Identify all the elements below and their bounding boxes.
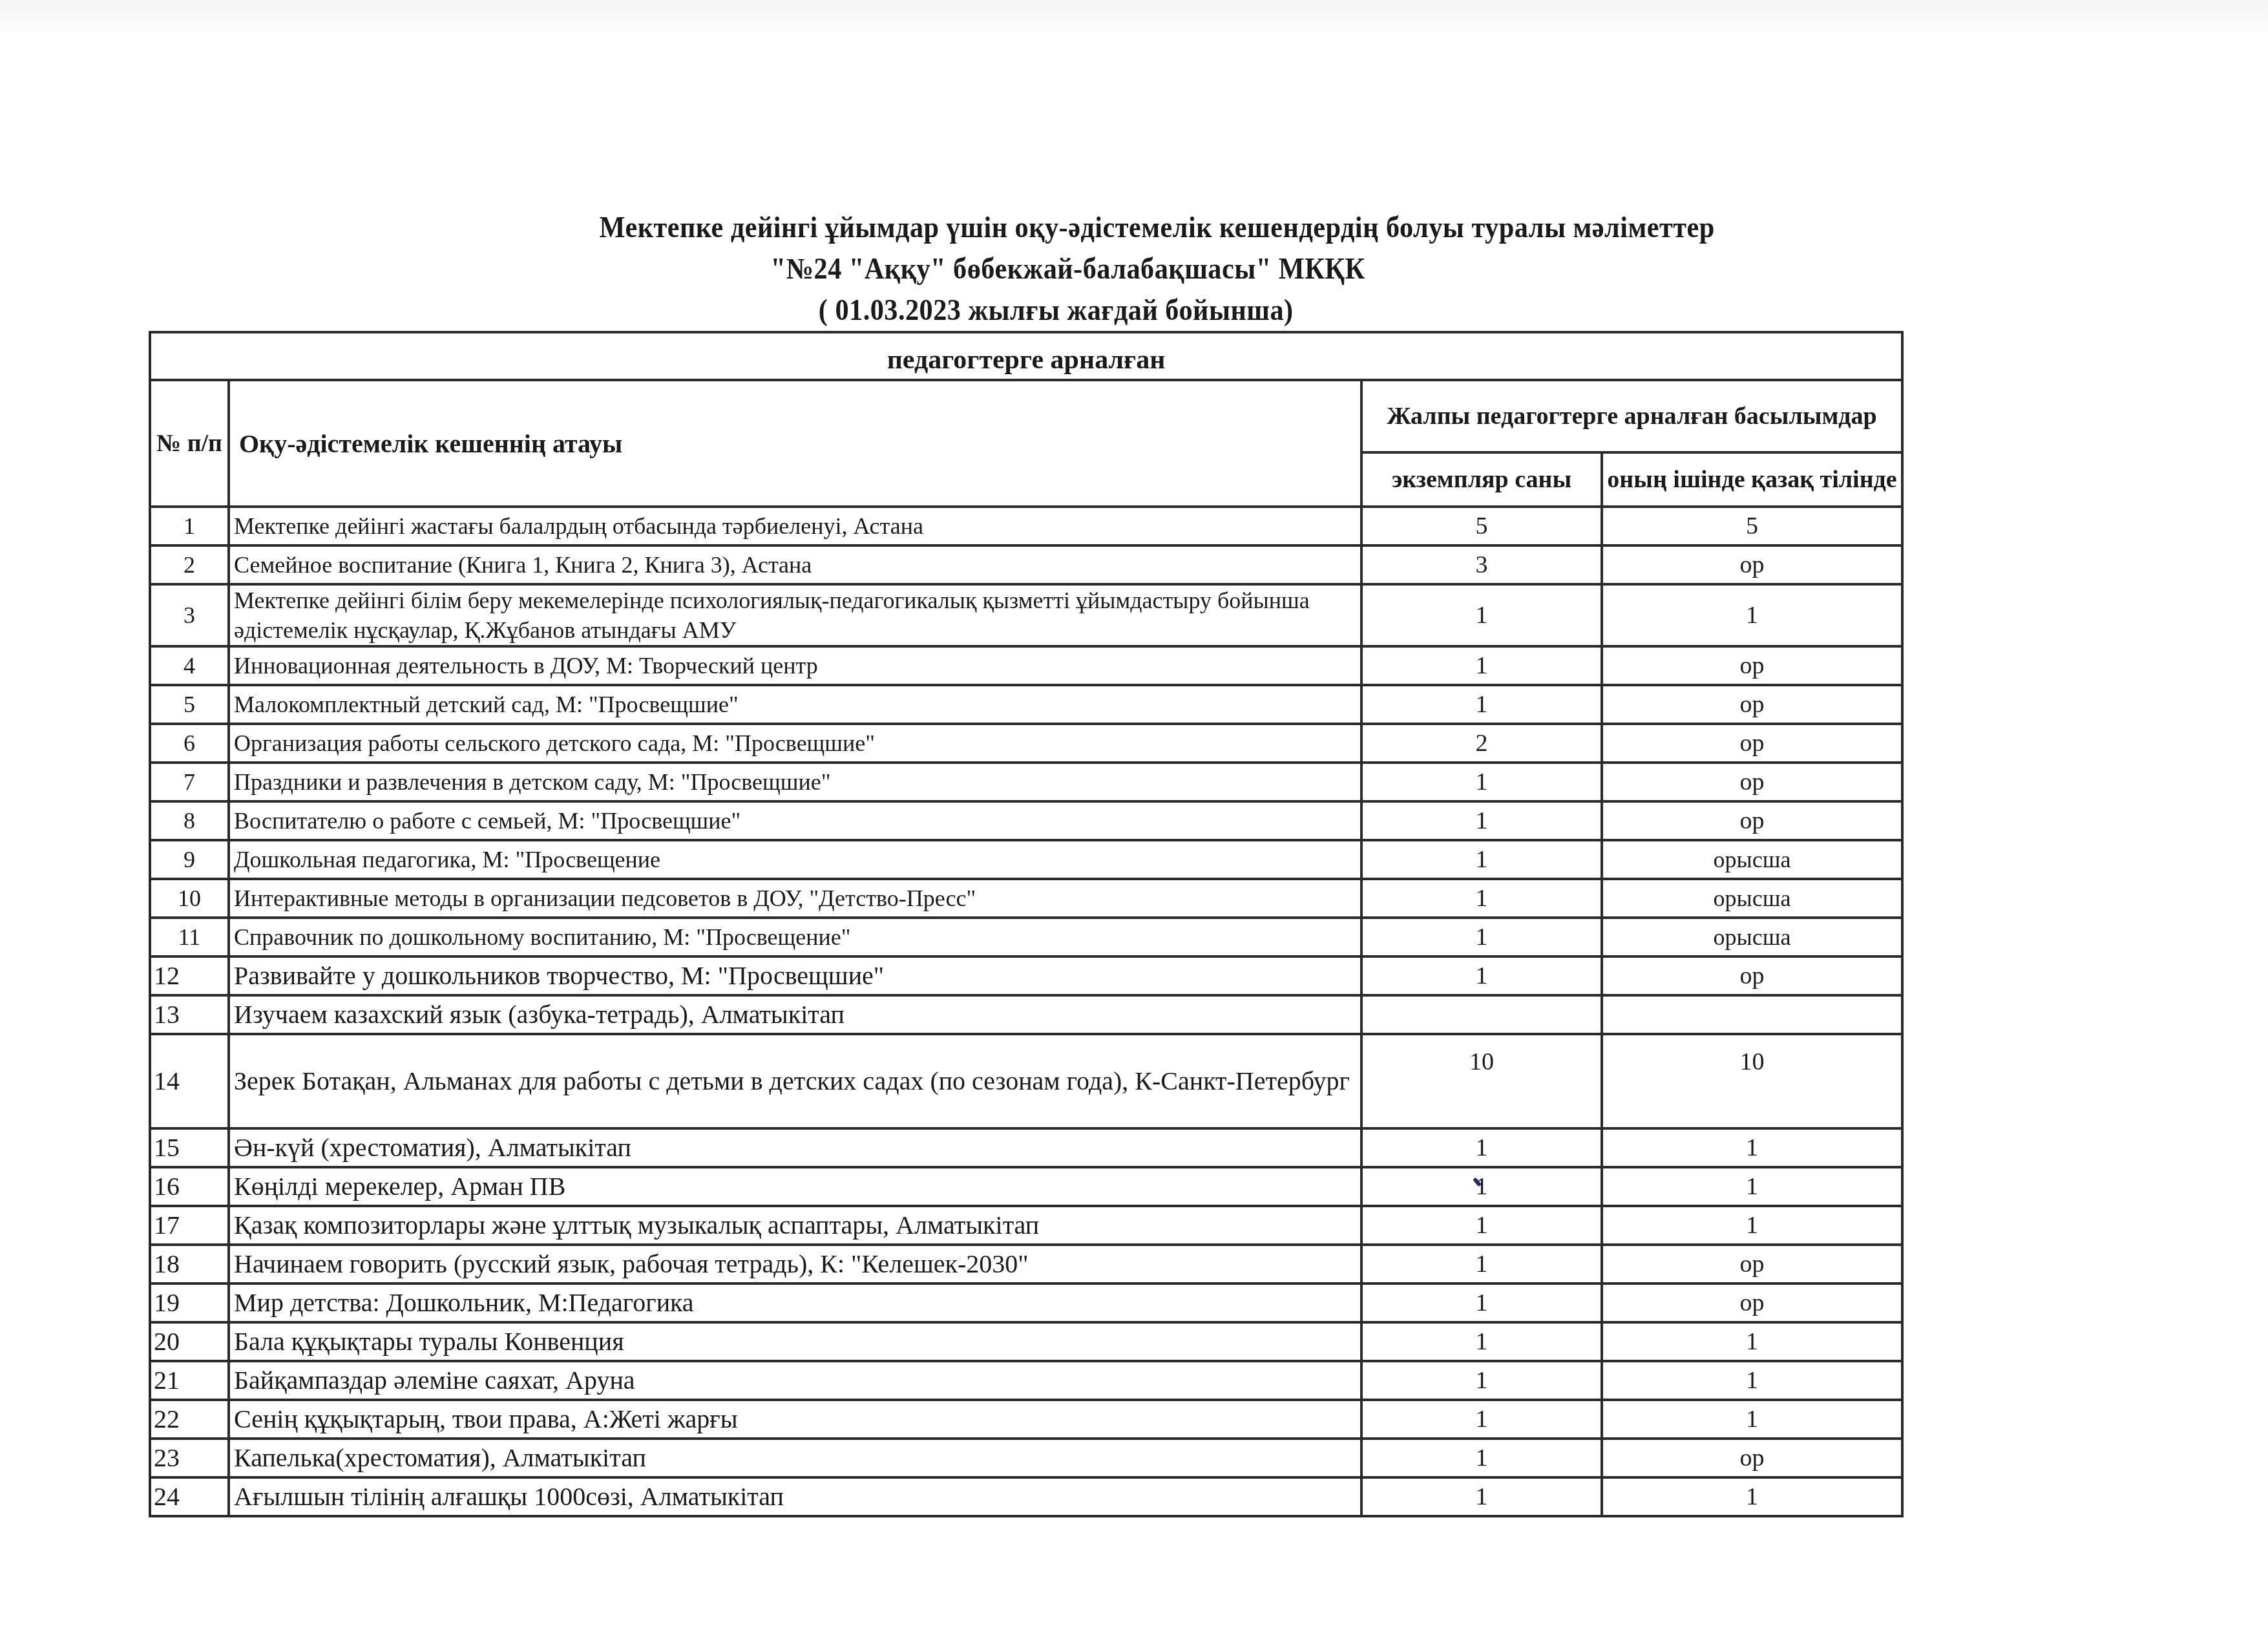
row-copies — [1361, 995, 1602, 1034]
row-copies: 1 — [1361, 1284, 1602, 1322]
row-copies: 1 — [1361, 956, 1602, 995]
row-number: 6 — [150, 724, 229, 763]
row-kazakh: ор — [1602, 646, 1902, 685]
row-kazakh: орысша — [1602, 879, 1902, 918]
row-title: Начинаем говорить (русский язык, рабочая… — [229, 1245, 1361, 1284]
title-line-main: Мектепке дейінгі ұйымдар үшін оқу-әдісте… — [84, 207, 2016, 248]
row-kazakh: 1 — [1602, 1477, 1902, 1516]
table-row: 1Мектепке дейінгі жастағы балалрдың отба… — [150, 507, 1902, 545]
row-number: 1 — [150, 507, 229, 545]
row-copies: 1 — [1361, 918, 1602, 956]
table-row: 3Мектепке дейінгі білім беру мекемелерін… — [150, 584, 1902, 646]
row-title: Семейное воспитание (Книга 1, Книга 2, К… — [229, 545, 1361, 584]
row-number: 21 — [150, 1361, 229, 1400]
row-number: 9 — [150, 840, 229, 879]
section-header: педагогтерге арналған — [150, 336, 1902, 384]
row-number: 8 — [150, 801, 229, 840]
row-kazakh: ор — [1602, 763, 1902, 801]
row-kazakh: ор — [1602, 724, 1902, 763]
row-copies: 1 — [1361, 1361, 1602, 1400]
row-copies: 1 — [1361, 685, 1602, 724]
row-number: 12 — [150, 956, 229, 995]
row-kazakh: ор — [1602, 1439, 1902, 1477]
row-number: 15 — [150, 1128, 229, 1167]
row-kazakh: 1 — [1602, 584, 1902, 646]
table-row: 7Праздники и развлечения в детском саду,… — [150, 763, 1902, 801]
row-copies: 5 — [1361, 507, 1602, 545]
table-row: 23Капелька(хрестоматия), Алматыкітап1ор — [150, 1439, 1902, 1477]
row-title: Сенің құқықтарың, твои права, А:Жеті жар… — [229, 1400, 1361, 1439]
column-header-name: Оқу-әдістемелік кешеннің атауы — [229, 380, 1361, 507]
row-copies: 1 — [1361, 1439, 1602, 1477]
row-number: 7 — [150, 763, 229, 801]
row-copies: 1 — [1361, 879, 1602, 918]
table-row: 2Семейное воспитание (Книга 1, Книга 2, … — [150, 545, 1902, 584]
row-copies: 1 — [1361, 1322, 1602, 1361]
table-row: 18Начинаем говорить (русский язык, рабоч… — [150, 1245, 1902, 1284]
row-title: Мектепке дейінгі білім беру мекемелерінд… — [229, 584, 1361, 646]
row-kazakh: 5 — [1602, 507, 1902, 545]
row-title: Праздники и развлечения в детском саду, … — [229, 763, 1361, 801]
row-number: 4 — [150, 646, 229, 685]
row-title: Организация работы сельского детского са… — [229, 724, 1361, 763]
row-kazakh: ор — [1602, 1284, 1902, 1322]
row-kazakh: ор — [1602, 545, 1902, 584]
row-copies: 3 — [1361, 545, 1602, 584]
table-row: 5Малокомплектный детский сад, М: "Просве… — [150, 685, 1902, 724]
row-kazakh: 1 — [1602, 1206, 1902, 1245]
row-copies: 1 — [1361, 1400, 1602, 1439]
row-copies: 1 — [1361, 840, 1602, 879]
row-title: Капелька(хрестоматия), Алматыкітап — [229, 1439, 1361, 1477]
row-title: Дошкольная педагогика, М: "Просвещение — [229, 840, 1361, 879]
column-group-header-publications: Жалпы педагогтерге арналған басылымдар — [1361, 380, 1902, 452]
table-row: 4Инновационная деятельность в ДОУ, М: Тв… — [150, 646, 1902, 685]
row-number: 22 — [150, 1400, 229, 1439]
row-kazakh: ор — [1602, 685, 1902, 724]
row-title: Ән-күй (хрестоматия), Алматыкітап — [229, 1128, 1361, 1167]
row-copies: 1 — [1361, 1245, 1602, 1284]
row-title: Қазақ композиторлары және ұлттық музыкал… — [229, 1206, 1361, 1245]
row-number: 11 — [150, 918, 229, 956]
row-title: Развивайте у дошкольников творчество, М:… — [229, 956, 1361, 995]
row-kazakh: 1 — [1602, 1400, 1902, 1439]
row-copies: 1 — [1361, 1477, 1602, 1516]
row-copies: 1 — [1361, 801, 1602, 840]
row-copies: 1 — [1361, 763, 1602, 801]
row-title: Ағылшын тілінің алғашқы 1000сөзі, Алматы… — [229, 1477, 1361, 1516]
row-kazakh: 1 — [1602, 1128, 1902, 1167]
title-line-date: ( 01.03.2023 жылғы жағдай бойынша) — [84, 290, 2016, 331]
table-row: 24Ағылшын тілінің алғашқы 1000сөзі, Алма… — [150, 1477, 1902, 1516]
table-row: 21Байқампаздар әлеміне саяхат, Аруна11 — [150, 1361, 1902, 1400]
row-kazakh: ор — [1602, 1245, 1902, 1284]
row-title: Воспитателю о работе с семьей, М: "Просв… — [229, 801, 1361, 840]
row-number: 3 — [150, 584, 229, 646]
table-row: 6Организация работы сельского детского с… — [150, 724, 1902, 763]
table-row: 13Изучаем казахский язык (азбука-тетрадь… — [150, 995, 1902, 1034]
row-number: 18 — [150, 1245, 229, 1284]
row-kazakh: 10 — [1602, 1034, 1902, 1128]
row-title: Мир детства: Дошкольник, М:Педагогика — [229, 1284, 1361, 1322]
row-title: Интерактивные методы в организации педсо… — [229, 879, 1361, 918]
row-title: Инновационная деятельность в ДОУ, М: Тво… — [229, 646, 1361, 685]
row-copies: 1 — [1361, 1206, 1602, 1245]
column-header-number: № п/п — [150, 380, 229, 507]
table-row: 12Развивайте у дошкольников творчество, … — [150, 956, 1902, 995]
row-title: Справочник по дошкольному воспитанию, М:… — [229, 918, 1361, 956]
row-number: 2 — [150, 545, 229, 584]
table-row: 10Интерактивные методы в организации пед… — [150, 879, 1902, 918]
row-title: Бала құқықтары туралы Конвенция — [229, 1322, 1361, 1361]
table-row: 8Воспитателю о работе с семьей, М: "Прос… — [150, 801, 1902, 840]
table-row: 17Қазақ композиторлары және ұлттық музык… — [150, 1206, 1902, 1245]
table-row: 16Көңілді мерекелер, Арман ПВ11 — [150, 1167, 1902, 1206]
row-copies: 2 — [1361, 724, 1602, 763]
table-row: 14Зерек Ботақан, Альманах для работы с д… — [150, 1034, 1902, 1128]
table-row: 22Сенің құқықтарың, твои права, А:Жеті ж… — [150, 1400, 1902, 1439]
row-title: Малокомплектный детский сад, М: "Просвещ… — [229, 685, 1361, 724]
row-copies: 10 — [1361, 1034, 1602, 1128]
row-kazakh — [1602, 995, 1902, 1034]
methodical-complexes-table: педагогтерге арналған № п/п Оқу-әдістеме… — [149, 331, 1904, 1517]
row-number: 23 — [150, 1439, 229, 1477]
row-copies: 1 — [1361, 1128, 1602, 1167]
row-kazakh: орысша — [1602, 840, 1902, 879]
row-number: 17 — [150, 1206, 229, 1245]
table-row: 19Мир детства: Дошкольник, М:Педагогика1… — [150, 1284, 1902, 1322]
column-header-copies: экземпляр саны — [1361, 452, 1602, 507]
row-title: Зерек Ботақан, Альманах для работы с дет… — [229, 1034, 1361, 1128]
table-body: 1Мектепке дейінгі жастағы балалрдың отба… — [150, 507, 1902, 1516]
row-copies: 1 — [1361, 584, 1602, 646]
row-number: 13 — [150, 995, 229, 1034]
row-copies: 1 — [1361, 1167, 1602, 1206]
row-number: 5 — [150, 685, 229, 724]
row-kazakh: 1 — [1602, 1322, 1902, 1361]
document-title: Мектепке дейінгі ұйымдар үшін оқу-әдісте… — [0, 207, 2100, 331]
row-kazakh: ор — [1602, 956, 1902, 995]
row-number: 20 — [150, 1322, 229, 1361]
row-copies: 1 — [1361, 646, 1602, 685]
table-row: 20Бала құқықтары туралы Конвенция11 — [150, 1322, 1902, 1361]
row-kazakh: 1 — [1602, 1361, 1902, 1400]
row-title: Изучаем казахский язык (азбука-тетрадь),… — [229, 995, 1361, 1034]
table-row: 9Дошкольная педагогика, М: "Просвещение1… — [150, 840, 1902, 879]
row-kazakh: орысша — [1602, 918, 1902, 956]
row-number: 19 — [150, 1284, 229, 1322]
table-row: 15Ән-күй (хрестоматия), Алматыкітап11 — [150, 1128, 1902, 1167]
row-title: Мектепке дейінгі жастағы балалрдың отбас… — [229, 507, 1361, 545]
row-number: 24 — [150, 1477, 229, 1516]
row-number: 16 — [150, 1167, 229, 1206]
table-row: 11Справочник по дошкольному воспитанию, … — [150, 918, 1902, 956]
column-header-kazakh: оның ішінде қазақ тілінде — [1602, 452, 1902, 507]
row-number: 14 — [150, 1034, 229, 1128]
row-kazakh: 1 — [1602, 1167, 1902, 1206]
row-title: Байқампаздар әлеміне саяхат, Аруна — [229, 1361, 1361, 1400]
title-line-organization: "№24 "Аққу" бөбекжай-балабақшасы" МКҚК — [84, 248, 2016, 290]
row-kazakh: ор — [1602, 801, 1902, 840]
row-title: Көңілді мерекелер, Арман ПВ — [229, 1167, 1361, 1206]
row-number: 10 — [150, 879, 229, 918]
